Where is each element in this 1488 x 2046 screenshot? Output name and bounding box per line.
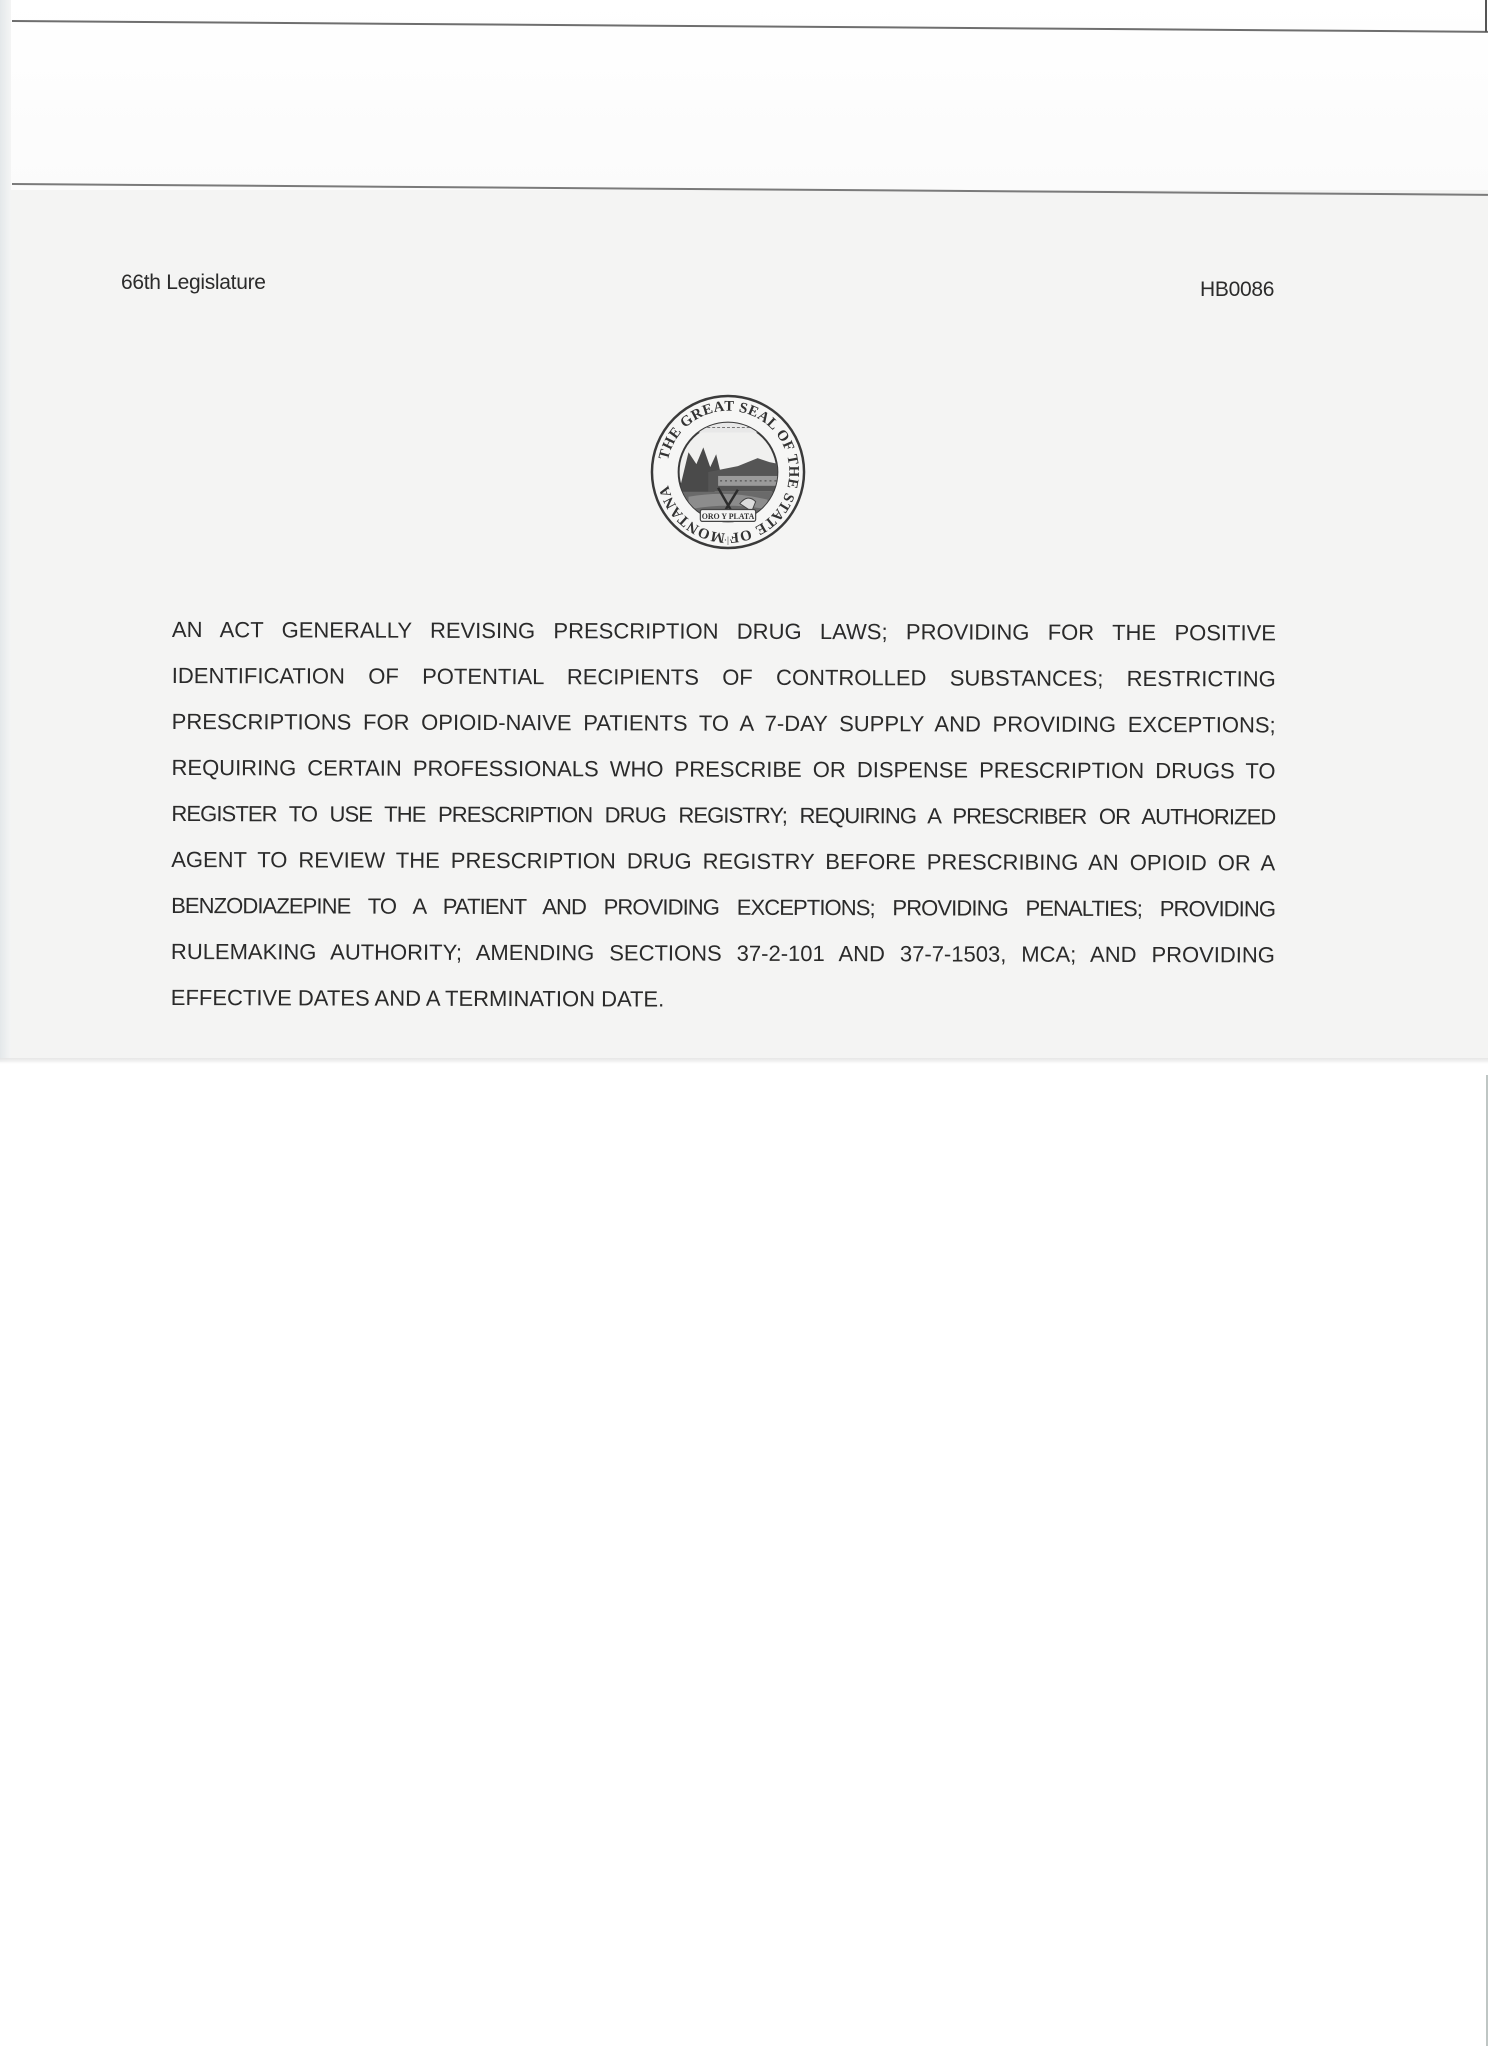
bill-title-text: AN ACT GENERALLY REVISING PRESCRIPTION D… bbox=[171, 617, 1276, 1034]
title-line: AGENT TO REVIEW THE PRESCRIPTION DRUG RE… bbox=[171, 847, 1275, 896]
lower-blank-page bbox=[0, 1064, 1488, 2046]
title-line: BENZODIAZEPINE TO A PATIENT AND PROVIDIN… bbox=[171, 893, 1275, 942]
legislature-label: 66th Legislature bbox=[121, 271, 266, 295]
state-seal-icon: THE GREAT SEAL OF THE STATE OF MONTANA O… bbox=[649, 393, 807, 551]
bill-number: HB0086 bbox=[1200, 278, 1274, 302]
svg-text:·|·: ·|· bbox=[724, 535, 733, 546]
title-line: RULEMAKING AUTHORITY; AMENDING SECTIONS … bbox=[171, 939, 1275, 988]
title-line: IDENTIFICATION OF POTENTIAL RECIPIENTS O… bbox=[172, 663, 1276, 712]
paper-edge-line-right-top bbox=[1485, 0, 1487, 32]
title-line: EFFECTIVE DATES AND A TERMINATION DATE. bbox=[171, 985, 1275, 1034]
title-line: AN ACT GENERALLY REVISING PRESCRIPTION D… bbox=[172, 617, 1276, 666]
title-line: PRESCRIPTIONS FOR OPIOID-NAIVE PATIENTS … bbox=[172, 709, 1276, 758]
page-fold bbox=[0, 1058, 1488, 1064]
title-line: REQUIRING CERTAIN PROFESSIONALS WHO PRES… bbox=[171, 755, 1275, 804]
title-line: REGISTER TO USE THE PRESCRIPTION DRUG RE… bbox=[171, 801, 1275, 850]
scanner-left-strip bbox=[0, 0, 11, 1062]
seal-motto: ORO Y PLATA bbox=[702, 512, 755, 521]
